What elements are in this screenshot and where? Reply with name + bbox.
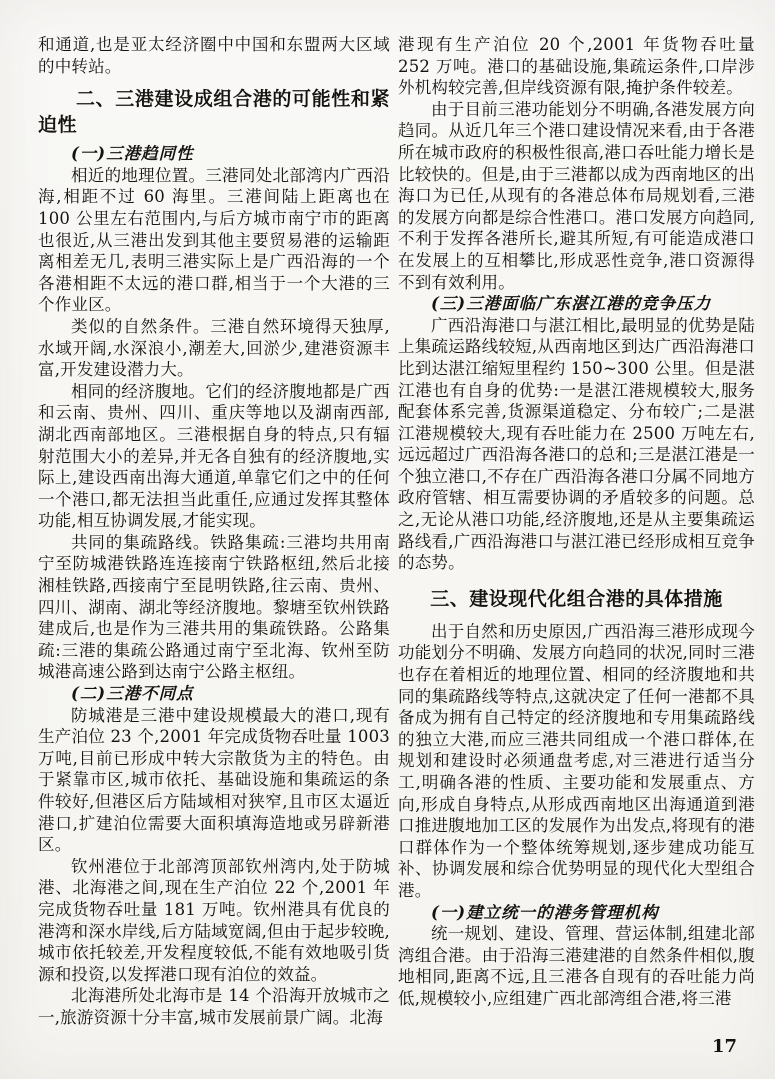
scanned-article-page: 和通道,也是亚太经济圈中中国和东盟两大区域的中转站。 二、三港建设成组合港的可能… [0,0,775,1079]
paragraph-zhanjiang: 广西沿海港口与湛江相比,最明显的优势是陆上集疏运路线较短,从西南地区到达广西沿海… [398,315,755,574]
subheading-difference: (二)三港不同点 [38,683,390,705]
left-column: 和通道,也是亚太经济圈中中国和东盟两大区域的中转站。 二、三港建设成组合港的可能… [38,34,390,1029]
page-number: 17 [712,1036,737,1057]
paragraph-trend: 由于目前三港功能划分不明确,各港发展方向趋同。从近几年三个港口建设情况来看,由于… [398,99,755,293]
paragraph-hinterland: 相同的经济腹地。它们的经济腹地都是广西和云南、贵州、四川、重庆等地以及湖南西部,… [38,381,390,532]
paragraph-unified-management: 统一规划、建设、管理、营运体制,组建北部湾组合港。由于沿海三港建港的自然条件相似… [398,923,755,1009]
subheading-competition: (三)三港面临广东湛江港的竞争压力 [398,293,755,315]
paragraph-beihai-port: 北海港所处北海市是 14 个沿海开放城市之一,旅游资源十分丰富,城市发展前景广阔… [38,985,390,1028]
paragraph-fangcheng-port: 防城港是三港中建设规模最大的港口,现有生产泊位 23 个,2001 年完成货物吞… [38,705,390,856]
paragraph-routes: 共同的集疏路线。铁路集疏:三港均共用南宁至防城港铁路连连接南宁铁路枢纽,然后北接… [38,532,390,683]
subheading-management: (一)建立统一的港务管理机构 [398,902,755,924]
paragraph-beihai-continuation: 港现有生产泊位 20 个,2001 年货物吞吐量 252 万吨。港口的基础设施,… [398,34,755,99]
right-column: 港现有生产泊位 20 个,2001 年货物吞吐量 252 万吨。港口的基础设施,… [398,34,755,1010]
subheading-similarity: (一)三港趋同性 [38,143,390,165]
section-heading-3: 三、建设现代化组合港的具体措施 [398,586,755,612]
paragraph-nature: 类似的自然条件。三港自然环境得天独厚,水域开阔,水深浪小,潮差大,回淤少,建港资… [38,316,390,381]
paragraph-qinzhou-port: 钦州港位于北部湾顶部钦州湾内,处于防城港、北海港之间,现在生产泊位 22 个,2… [38,856,390,986]
paragraph-location: 相近的地理位置。三港同处北部湾内广西沿海,相距不过 60 海里。三港间陆上距离也… [38,165,390,316]
paragraph-continuation: 和通道,也是亚太经济圈中中国和东盟两大区域的中转站。 [38,34,390,77]
paragraph-measures: 出于自然和历史原因,广西沿海三港形成现今功能划分不明确、发展方向趋同的状况,同时… [398,621,755,902]
section-heading-2: 二、三港建设成组合港的可能性和紧迫性 [38,86,390,138]
